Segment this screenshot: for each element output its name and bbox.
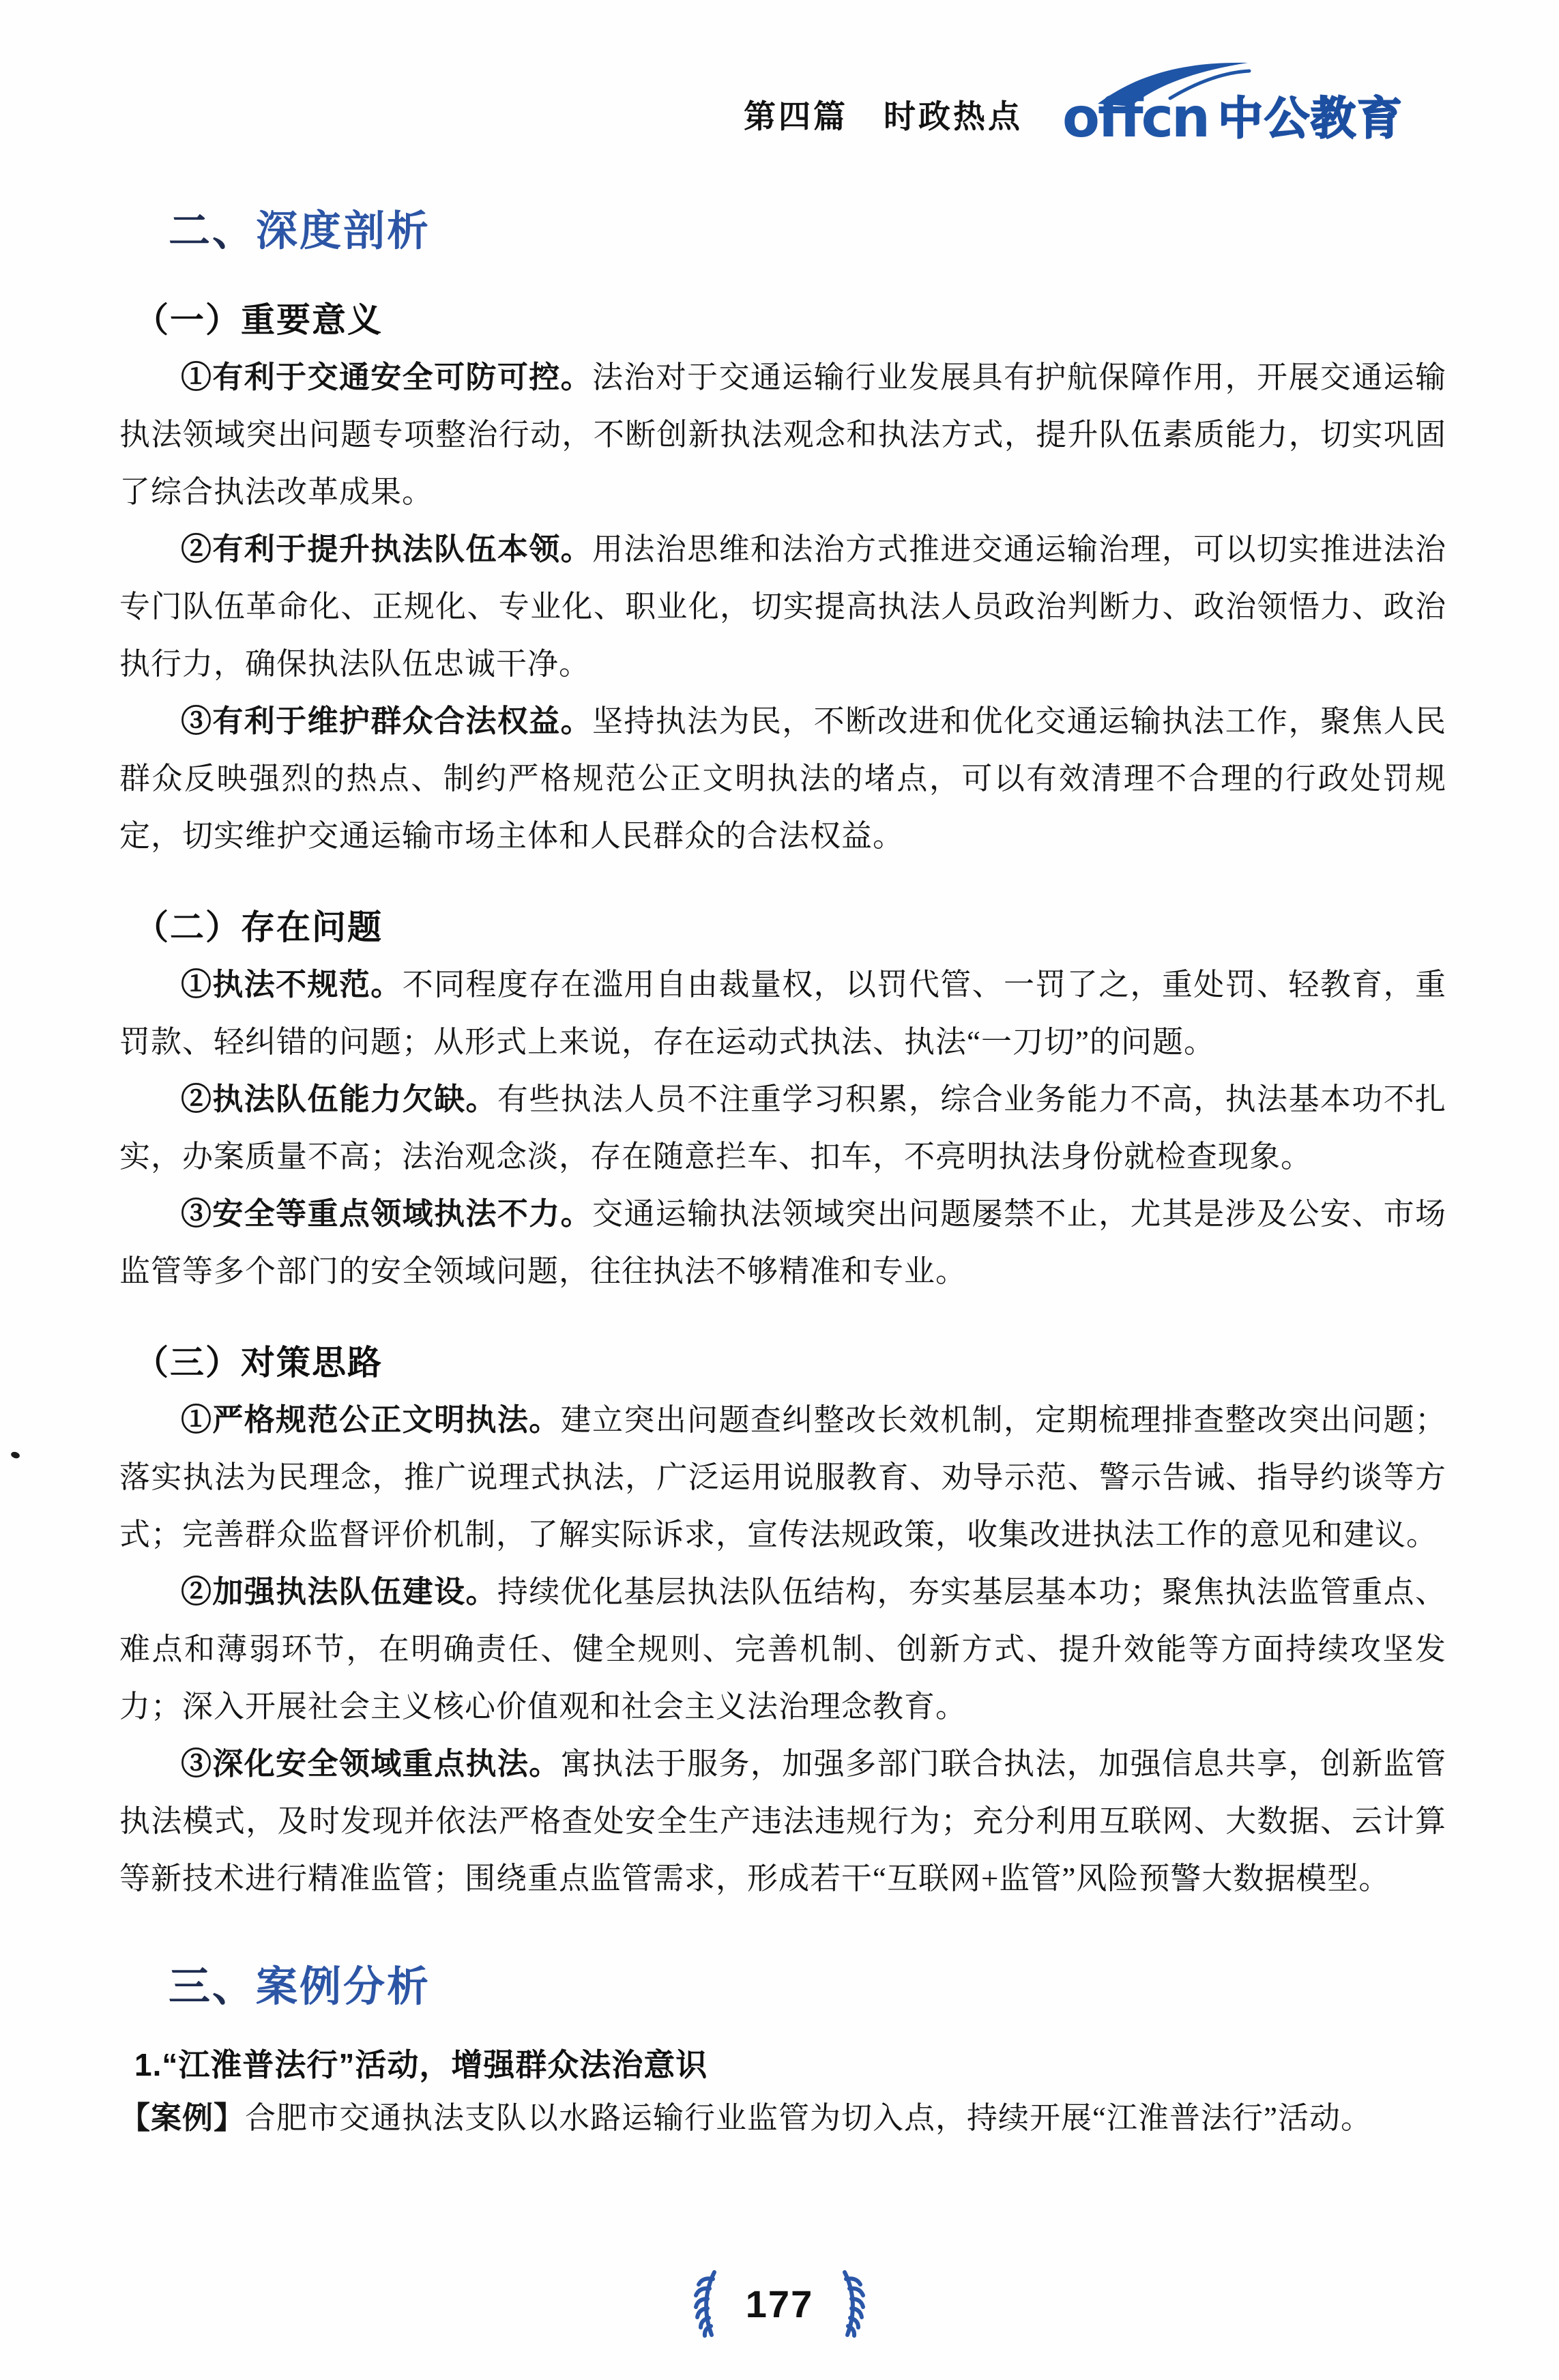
paragraph-lead: ②有利于提升执法队伍本领。 [181, 532, 592, 566]
paragraph-lead: ①严格规范公正文明执法。 [181, 1402, 561, 1437]
paragraph-lead: ②加强执法队伍建设。 [181, 1574, 497, 1609]
section-title: 案例分析 [256, 1963, 431, 2009]
paragraph-lead: ①执法不规范。 [181, 967, 403, 1002]
paragraph: ②执法队伍能力欠缺。有些执法人员不注重学习积累，综合业务能力不高，执法基本功不扎… [119, 1071, 1446, 1185]
part-label: 第四篇 [744, 91, 848, 137]
offcn-logo: offcn 中公教育 [1062, 82, 1403, 147]
paragraph: ②加强执法队伍建设。持续优化基层执法队伍结构，夯实基层基本功；聚焦执法监管重点、… [119, 1563, 1446, 1735]
page-footer: 177 [0, 2269, 1559, 2338]
paragraph-lead: ③有利于维护群众合法权益。 [181, 703, 592, 738]
subsection-heading-problems: （二）存在问题 [119, 900, 1446, 949]
case-label: 【案例】 [119, 2100, 245, 2135]
paragraph-lead: ③安全等重点领域执法不力。 [181, 1196, 592, 1231]
paragraph: ③深化安全领域重点执法。寓执法于服务，加强多部门联合执法，加强信息共享，创新监管… [119, 1735, 1446, 1907]
paragraph: ①执法不规范。不同程度存在滥用自由裁量权，以罚代管、一罚了之，重处罚、轻教育，重… [119, 956, 1446, 1071]
section-number: 二、 [169, 207, 256, 254]
paragraph: ①有利于交通安全可防可控。法治对于交通运输行业发展具有护航保障作用，开展交通运输… [119, 349, 1446, 521]
paragraph: ③有利于维护群众合法权益。坚持执法为民，不断改进和优化交通运输执法工作，聚焦人民… [119, 693, 1446, 865]
page-body: 二、深度剖析 （一）重要意义 ①有利于交通安全可防可控。法治对于交通运输行业发展… [0, 198, 1559, 2147]
laurel-right-icon [838, 2269, 869, 2338]
paragraph: ③安全等重点领域执法不力。交通运输执法领域突出问题屡禁不止，尤其是涉及公安、市场… [119, 1185, 1446, 1300]
part-title: 时政热点 [884, 91, 1023, 137]
section-number: 三、 [169, 1963, 256, 2009]
section-heading-case-study: 三、案例分析 [119, 1954, 1446, 2013]
case-text: 合肥市交通执法支队以水路运输行业监管为切入点，持续开展“江淮普法行”活动。 [245, 2101, 1372, 2135]
paragraph-lead: ②执法队伍能力欠缺。 [181, 1082, 497, 1116]
section-title: 深度剖析 [256, 207, 431, 254]
page-number: 177 [746, 2282, 813, 2326]
paragraph-lead: ③深化安全领域重点执法。 [181, 1746, 561, 1781]
paragraph-lead: ①有利于交通安全可防可控。 [181, 360, 592, 394]
book-page: 第四篇 时政热点 offcn 中公教育 二、深度剖析 （一）重要意义 ①有利于交… [0, 0, 1559, 2380]
subsection-heading-strategies: （三）对策思路 [119, 1335, 1446, 1384]
laurel-left-icon [690, 2269, 721, 2338]
section-heading-analysis: 二、深度剖析 [119, 198, 1446, 257]
paragraph: ①严格规范公正文明执法。建立突出问题查纠整改长效机制，定期梳理排查整改突出问题；… [119, 1391, 1446, 1563]
logo-swoosh-icon [1095, 59, 1252, 109]
case-paragraph: 【案例】合肥市交通执法支队以水路运输行业监管为切入点，持续开展“江淮普法行”活动… [119, 2089, 1446, 2147]
case-study-title: 1.“江淮普法行”活动，增强群众法治意识 [119, 2040, 1446, 2085]
paragraph: ②有利于提升执法队伍本领。用法治思维和法治方式推进交通运输治理，可以切实推进法治… [119, 521, 1446, 693]
page-header: 第四篇 时政热点 offcn 中公教育 [0, 0, 1559, 151]
subsection-heading-significance: （一）重要意义 [119, 293, 1446, 342]
